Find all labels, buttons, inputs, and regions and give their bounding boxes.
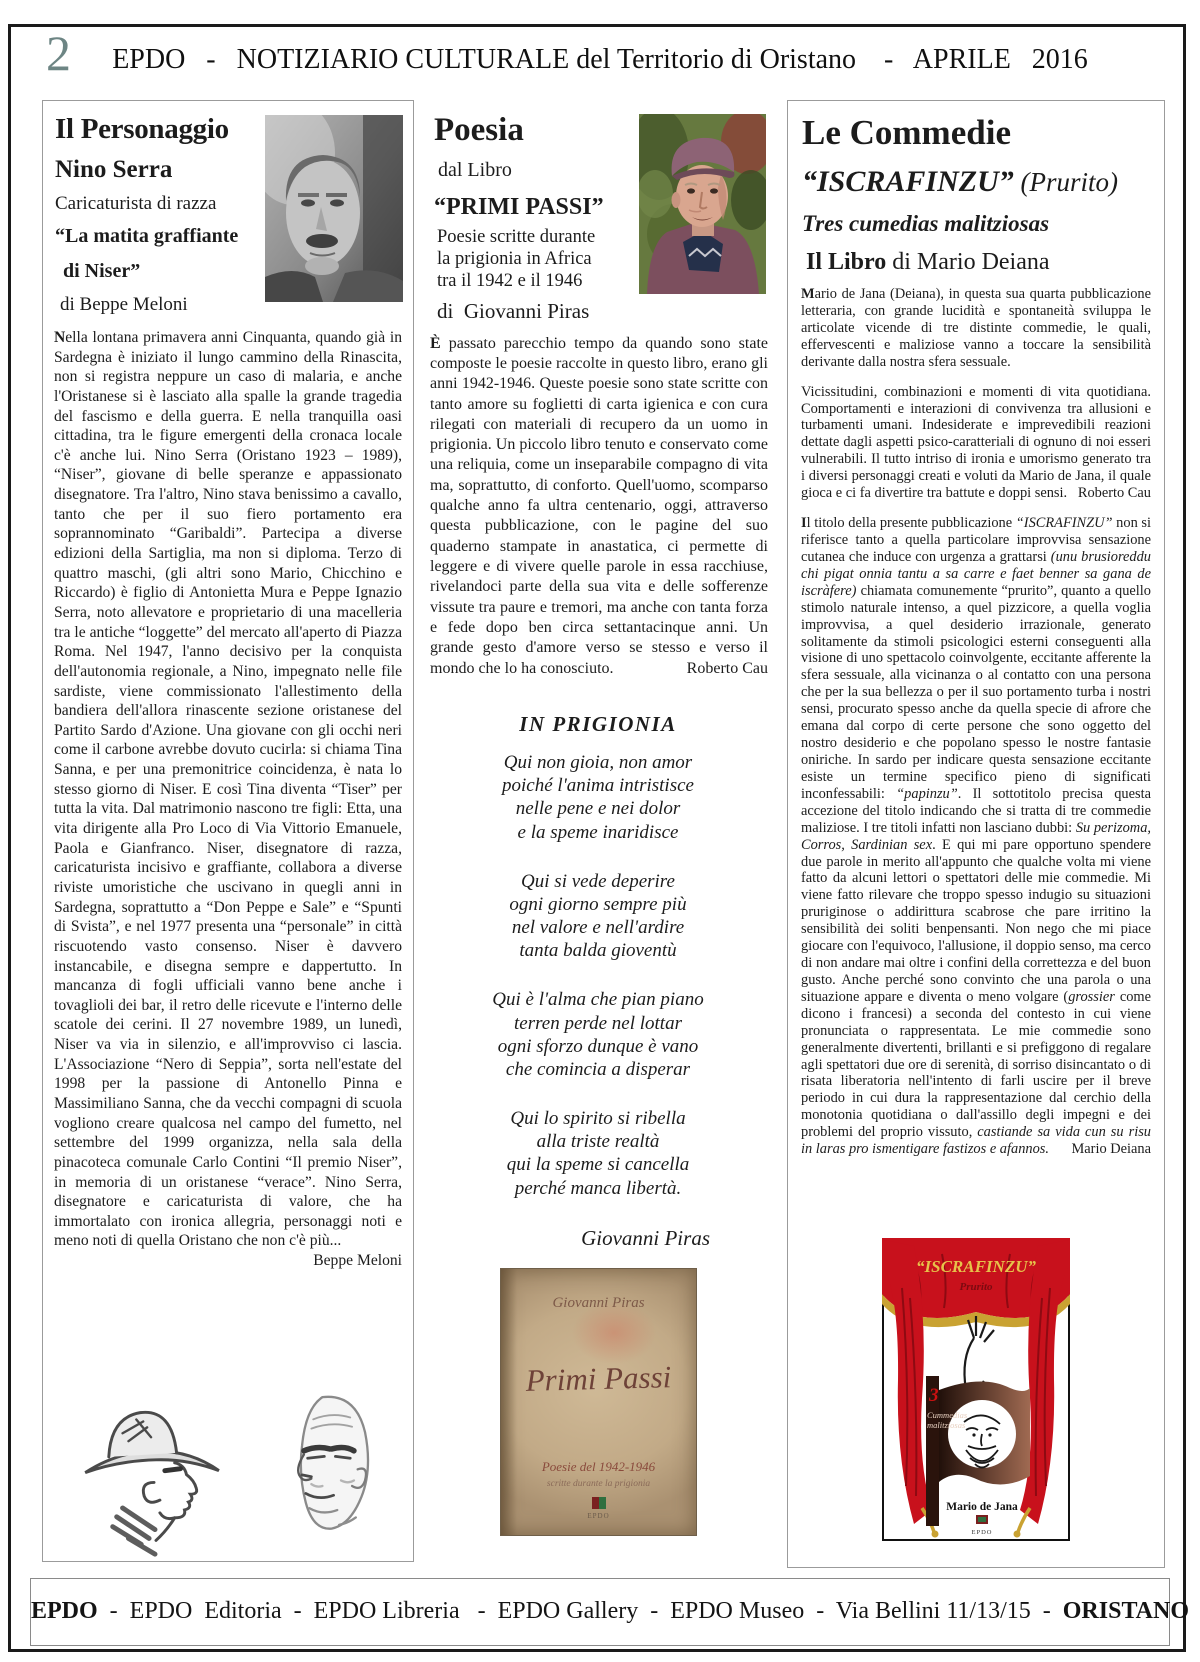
cover-title: “ISCRAFINZU” [916, 1257, 1036, 1276]
cover-volume-number: 3 [928, 1385, 939, 1406]
section-kicker: Le Commedie [802, 113, 1152, 153]
cover-subtitle-2: scritte durante la prigionia [501, 1479, 696, 1489]
footer-address-bar: EPDO - EPDO Editoria - EPDO Libreria - E… [30, 1578, 1170, 1646]
article-body-text: È passato parecchio tempo da quando sono… [430, 335, 768, 677]
caricature-man-with-hat [71, 1392, 239, 1569]
cover-title: Primi Passi [501, 1358, 697, 1399]
cover-series-line-2: malitziosas [927, 1420, 966, 1430]
author-signature: Mario Deiana [1071, 1141, 1151, 1158]
giovanni-piras-photo [639, 114, 766, 299]
cover-author: Mario de Jana [946, 1501, 1018, 1513]
primi-passi-book-cover: Giovanni Piras Primi Passi Poesie del 19… [500, 1268, 697, 1536]
poem-stanzas: Qui non gioia, non amorpoiché l'anima in… [424, 751, 772, 1200]
paragraph-1: Mario de Jana (Deiana), in questa sua qu… [801, 286, 1151, 371]
article-subtitle: Tres cumedias malitziosas [802, 211, 1152, 237]
article-title-paren: (Prurito) [1014, 167, 1118, 197]
paragraph-1-text: Mario de Jana (Deiana), in questa sua qu… [801, 286, 1151, 370]
cover-subtitle: Prurito [959, 1281, 993, 1293]
book-byline: Il Libro di Mario Deiana [802, 249, 1152, 276]
iscrafinzu-book-cover: “ISCRAFINZU” Prurito 3 Cummedias malitzi… [882, 1238, 1070, 1546]
article-body: Mario de Jana (Deiana), in questa sua qu… [801, 286, 1151, 1234]
article-header: Le Commedie “ISCRAFINZU” (Prurito) Tres … [788, 101, 1164, 276]
cover-author: Giovanni Piras [501, 1295, 696, 1312]
article-poesia: Poesia dal Libro “PRIMI PASSI” Poesie sc… [424, 100, 772, 1568]
article-title: “ISCRAFINZU” (Prurito) [802, 165, 1152, 199]
niser-caricature-sketches [43, 1386, 413, 1569]
nino-serra-photo [265, 115, 403, 307]
article-body: È passato parecchio tempo da quando sono… [430, 334, 768, 679]
reviewer-signature: Roberto Cau [1078, 485, 1151, 502]
paragraph-2-text: Vicissitudini, combinazioni e momenti di… [801, 384, 1151, 502]
book-byline-rest: di Mario Deiana [886, 249, 1049, 275]
book-byline-label: Il Libro [806, 249, 886, 275]
poem-title: IN PRIGIONIA [424, 712, 772, 737]
reviewer-signature: Roberto Cau [687, 659, 768, 679]
cover-series-line-1: Cummedias [927, 1410, 968, 1420]
article-body: Nella lontana primavera anni Cinquanta, … [54, 328, 402, 1271]
article-byline: di Giovanni Piras [434, 299, 768, 324]
cover-publisher: EPDO [972, 1529, 993, 1536]
article-il-personaggio: Il Personaggio Nino Serra Caricaturista … [42, 100, 414, 1562]
paragraph-2: Vicissitudini, combinazioni e momenti di… [801, 384, 1151, 502]
cover-publisher: EPDO [501, 1512, 696, 1520]
paragraph-3-text: Il titolo della presente pubblicazione “… [801, 515, 1151, 1157]
cover-subtitle: Poesie del 1942-1946 [501, 1459, 696, 1475]
article-header: Poesia dal Libro “PRIMI PASSI” Poesie sc… [424, 100, 772, 324]
article-le-commedie: Le Commedie “ISCRAFINZU” (Prurito) Tres … [787, 100, 1165, 1568]
caricature-bald-man [259, 1386, 385, 1541]
poet-signature: Giovanni Piras [424, 1226, 772, 1251]
newsletter-page: 2 EPDO - NOTIZIARIO CULTURALE del Territ… [0, 0, 1200, 1662]
author-signature: Beppe Meloni [313, 1251, 402, 1271]
article-title-main: “ISCRAFINZU” [802, 165, 1014, 198]
paragraph-3: Il titolo della presente pubblicazione “… [801, 515, 1151, 1158]
page-header-title: EPDO - NOTIZIARIO CULTURALE del Territor… [0, 44, 1200, 76]
article-body-text: Nella lontana primavera anni Cinquanta, … [54, 329, 402, 1249]
publisher-logo-icon [592, 1497, 606, 1509]
poem-in-prigionia: IN PRIGIONIA Qui non gioia, non amorpoic… [424, 712, 772, 1251]
article-header: Il Personaggio Nino Serra Caricaturista … [43, 101, 413, 316]
